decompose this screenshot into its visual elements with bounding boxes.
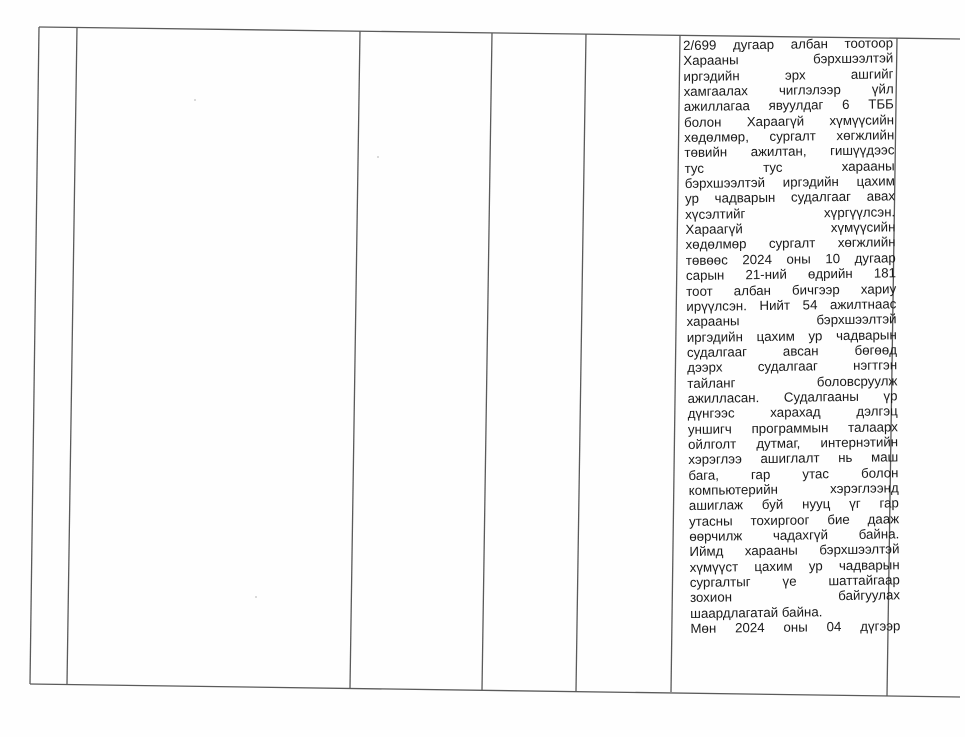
text-line: зохион байгуулах [690,588,900,606]
table-left-border [30,27,39,684]
scanned-page: 2/699 дугаар албан тоотоорХарааны бэрхшэ… [0,0,965,737]
scan-speck [377,156,379,158]
text-line: Мөн 2024 оны 04 дүгээр [690,618,900,636]
scan-speck [194,99,196,101]
column-divider-2 [350,31,360,688]
column-divider-5 [671,35,680,692]
column-divider-4 [576,34,586,691]
scan-speck [255,596,257,598]
table-bottom-border [30,684,960,697]
table-cell-text: 2/699 дугаар албан тоотоорХарааны бэрхшэ… [683,35,901,636]
column-divider-1 [67,27,77,684]
column-divider-3 [482,33,492,690]
